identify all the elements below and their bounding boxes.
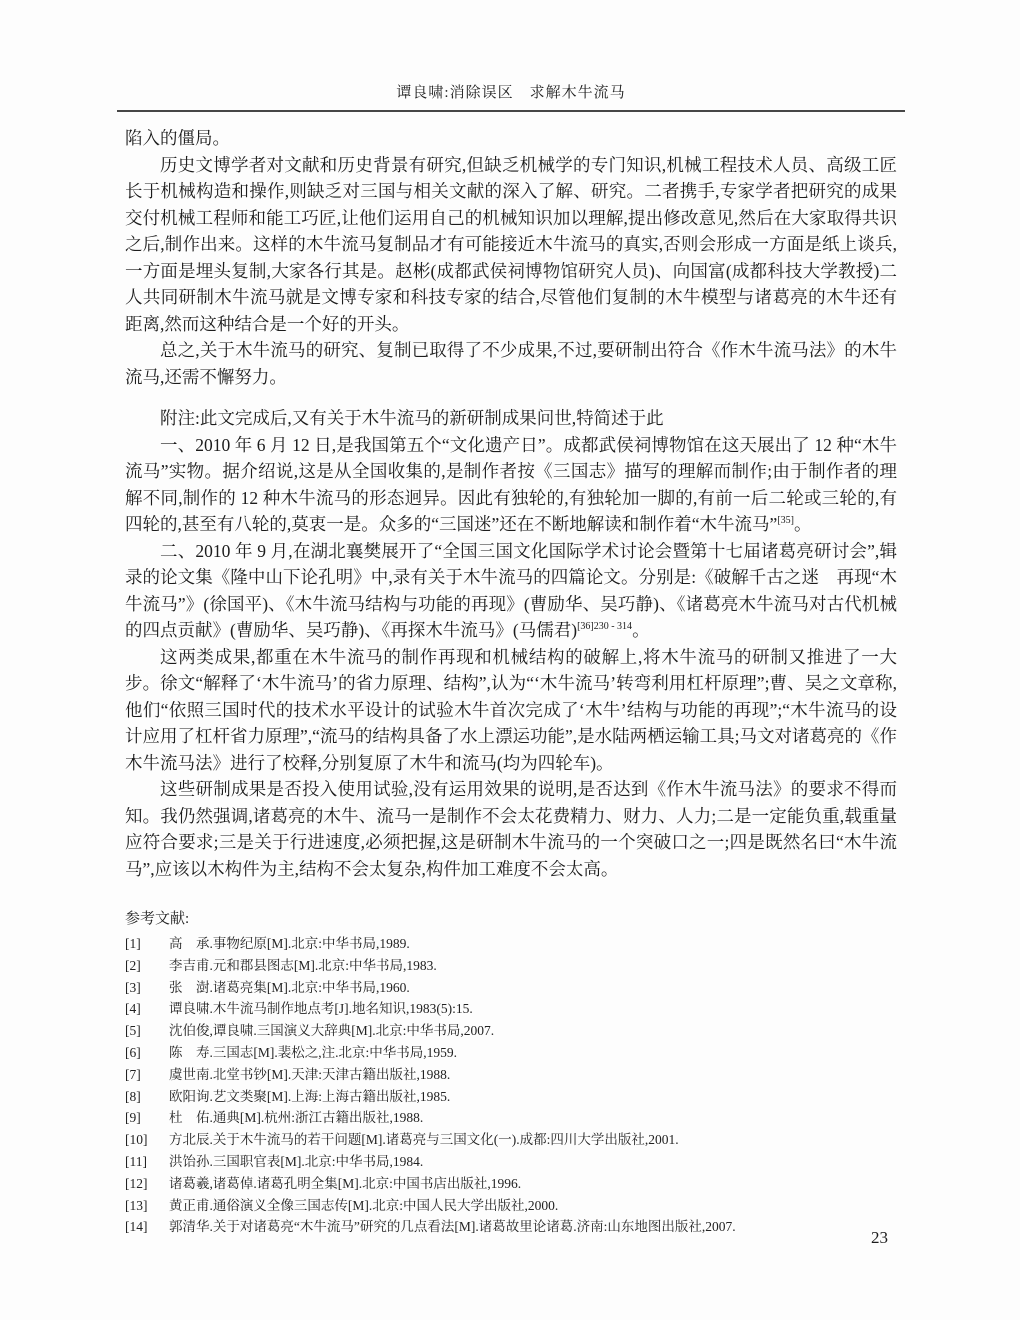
reference-text: 欧阳询.艺文类聚[M].上海:上海古籍出版社,1985.	[169, 1086, 897, 1108]
note-paragraph: 二、2010 年 9 月,在湖北襄樊展开了“全国三国文化国际学术讨论会暨第十七届…	[125, 538, 897, 644]
reference-text: 诸葛羲,诸葛倬.诸葛孔明全集[M].北京:中国书店出版社,1996.	[169, 1173, 897, 1195]
paper-page: 谭良啸:消除误区 求解木牛流马 陷入的僵局。 历史文博学者对文献和历史背景有研究…	[0, 0, 1020, 1320]
page-number: 23	[871, 1228, 888, 1248]
reference-id: [9]	[125, 1107, 169, 1129]
references-title: 参考文献:	[125, 908, 897, 931]
reference-id: [11]	[125, 1151, 169, 1173]
references-list: [1]高 承.事物纪原[M].北京:中华书局,1989. [2]李吉甫.元和郡县…	[125, 933, 897, 1238]
reference-id: [5]	[125, 1020, 169, 1042]
citation-35: [35]	[777, 515, 794, 526]
reference-id: [10]	[125, 1129, 169, 1151]
paragraph: 历史文博学者对文献和历史背景有研究,但缺乏机械学的专门知识,机械工程技术人员、高…	[125, 152, 897, 338]
reference-item: [8]欧阳询.艺文类聚[M].上海:上海古籍出版社,1985.	[125, 1086, 897, 1108]
reference-item: [7]虞世南.北堂书钞[M].天津:天津古籍出版社,1988.	[125, 1064, 897, 1086]
note-paragraph: 这两类成果,都重在木牛流马的制作再现和机械结构的破解上,将木牛流马的研制又推进了…	[125, 644, 897, 777]
references-section: 参考文献: [1]高 承.事物纪原[M].北京:中华书局,1989. [2]李吉…	[125, 908, 897, 1238]
reference-text: 李吉甫.元和郡县图志[M].北京:中华书局,1983.	[169, 955, 897, 977]
reference-text: 虞世南.北堂书钞[M].天津:天津古籍出版社,1988.	[169, 1064, 897, 1086]
reference-id: [8]	[125, 1086, 169, 1108]
paragraph-continuation: 陷入的僵局。	[125, 125, 897, 152]
body-text: 陷入的僵局。 历史文博学者对文献和历史背景有研究,但缺乏机械学的专门知识,机械工…	[125, 125, 897, 882]
reference-id: [6]	[125, 1042, 169, 1064]
reference-item: [3]张 澍.诸葛亮集[M].北京:中华书局,1960.	[125, 977, 897, 999]
reference-text: 郭清华.关于对诸葛亮“木牛流马”研究的几点看法[M].诸葛故里论诸葛.济南:山东…	[169, 1216, 897, 1238]
reference-item: [11]洪饴孙.三国职官表[M].北京:中华书局,1984.	[125, 1151, 897, 1173]
reference-item: [9]杜 佑.通典[M].杭州:浙江古籍出版社,1988.	[125, 1107, 897, 1129]
reference-text: 黄正甫.通俗演义全像三国志传[M].北京:中国人民大学出版社,2000.	[169, 1195, 897, 1217]
reference-text: 谭良啸.木牛流马制作地点考[J].地名知识,1983(5):15.	[169, 998, 897, 1020]
reference-item: [10]方北辰.关于木牛流马的若干问题[M].诸葛亮与三国文化(一).成都:四川…	[125, 1129, 897, 1151]
reference-id: [7]	[125, 1064, 169, 1086]
reference-id: [14]	[125, 1216, 169, 1238]
reference-text: 方北辰.关于木牛流马的若干问题[M].诸葛亮与三国文化(一).成都:四川大学出版…	[169, 1129, 897, 1151]
reference-id: [2]	[125, 955, 169, 977]
reference-text: 陈 寿.三国志[M].裴松之,注.北京:中华书局,1959.	[169, 1042, 897, 1064]
reference-id: [4]	[125, 998, 169, 1020]
paragraph: 总之,关于木牛流马的研究、复制已取得了不少成果,不过,要研制出符合《作木牛流马法…	[125, 337, 897, 390]
reference-item: [5]沈伯俊,谭良啸.三国演义大辞典[M].北京:中华书局,2007.	[125, 1020, 897, 1042]
running-header-title: 谭良啸:消除误区 求解木牛流马	[396, 85, 625, 101]
note-intro: 附注:此文完成后,又有关于木牛流马的新研制成果问世,特简述于此	[125, 405, 897, 432]
header-rule	[117, 110, 905, 112]
reference-text: 沈伯俊,谭良啸.三国演义大辞典[M].北京:中华书局,2007.	[169, 1020, 897, 1042]
appendix-note: 附注:此文完成后,又有关于木牛流马的新研制成果问世,特简述于此 一、2010 年…	[125, 405, 897, 882]
reference-item: [4]谭良啸.木牛流马制作地点考[J].地名知识,1983(5):15.	[125, 998, 897, 1020]
note-item2-end: 。	[632, 620, 650, 640]
reference-item: [6]陈 寿.三国志[M].裴松之,注.北京:中华书局,1959.	[125, 1042, 897, 1064]
reference-id: [1]	[125, 933, 169, 955]
reference-item: [12]诸葛羲,诸葛倬.诸葛孔明全集[M].北京:中国书店出版社,1996.	[125, 1173, 897, 1195]
reference-text: 高 承.事物纪原[M].北京:中华书局,1989.	[169, 933, 897, 955]
running-header: 谭良啸:消除误区 求解木牛流马	[125, 84, 897, 102]
reference-text: 杜 佑.通典[M].杭州:浙江古籍出版社,1988.	[169, 1107, 897, 1129]
note-item2-text: 二、2010 年 9 月,在湖北襄樊展开了“全国三国文化国际学术讨论会暨第十七届…	[125, 541, 897, 641]
reference-id: [3]	[125, 977, 169, 999]
reference-id: [13]	[125, 1195, 169, 1217]
page-content: 谭良啸:消除误区 求解木牛流马 陷入的僵局。 历史文博学者对文献和历史背景有研究…	[125, 84, 897, 1238]
note-paragraph: 这些研制成果是否投入使用试验,没有运用效果的说明,是否达到《作木牛流马法》的要求…	[125, 776, 897, 882]
reference-item: [14]郭清华.关于对诸葛亮“木牛流马”研究的几点看法[M].诸葛故里论诸葛.济…	[125, 1216, 897, 1238]
reference-item: [1]高 承.事物纪原[M].北京:中华书局,1989.	[125, 933, 897, 955]
citation-36: [36]230 - 314	[577, 621, 632, 632]
reference-text: 张 澍.诸葛亮集[M].北京:中华书局,1960.	[169, 977, 897, 999]
reference-item: [2]李吉甫.元和郡县图志[M].北京:中华书局,1983.	[125, 955, 897, 977]
reference-id: [12]	[125, 1173, 169, 1195]
reference-text: 洪饴孙.三国职官表[M].北京:中华书局,1984.	[169, 1151, 897, 1173]
note-item1-end: 。	[794, 514, 812, 534]
reference-item: [13]黄正甫.通俗演义全像三国志传[M].北京:中国人民大学出版社,2000.	[125, 1195, 897, 1217]
note-paragraph: 一、2010 年 6 月 12 日,是我国第五个“文化遗产日”。成都武侯祠博物馆…	[125, 432, 897, 538]
